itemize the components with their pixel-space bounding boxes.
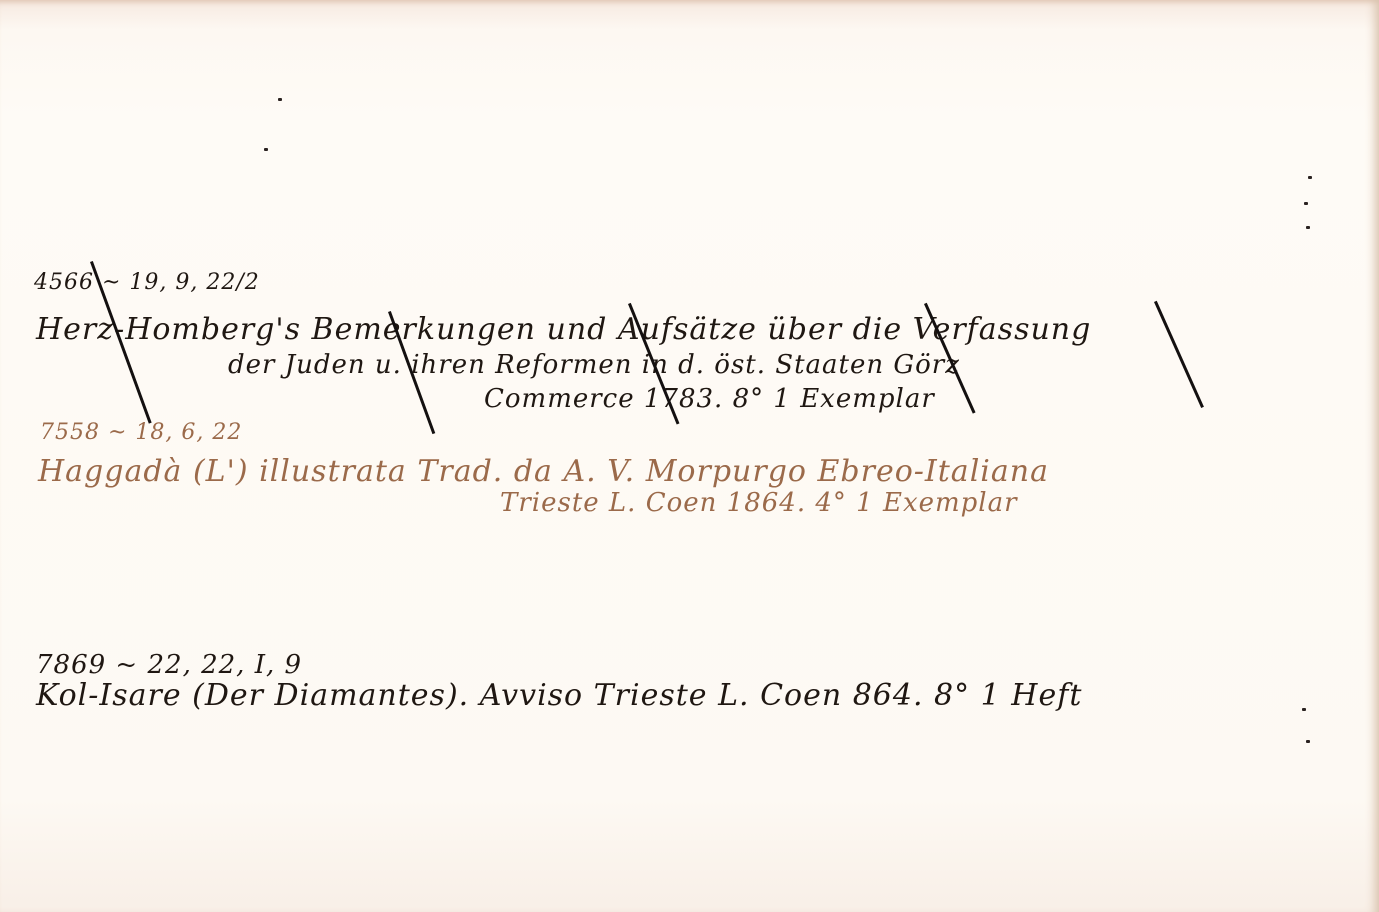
entry-2-shelfmark: 7558 ~ 18, 6, 22: [40, 420, 242, 445]
paper-speck: [1306, 740, 1310, 743]
crossout-stroke: [1154, 301, 1204, 408]
paper-speck: [278, 98, 282, 101]
entry-2-line-2: Trieste L. Coen 1864. 4° 1 Exemplar: [500, 488, 1018, 518]
paper-speck: [1304, 202, 1308, 205]
paper-speck: [1306, 226, 1310, 229]
entry-1-shelfmark: 4566 ~ 19, 9, 22/2: [34, 270, 260, 295]
entry-1-line-2: der Juden u. ihren Reformen in d. öst. S…: [228, 350, 960, 380]
entry-2-line-1: Haggadà (L') illustrata Trad. da A. V. M…: [38, 454, 1049, 489]
paper-speck: [264, 148, 268, 151]
paper-speck: [1302, 708, 1306, 711]
entry-3-shelfmark: 7869 ~ 22, 22, I, 9: [36, 650, 302, 680]
paper-speck: [1308, 176, 1312, 179]
entry-3-line-1: Kol-Isare (Der Diamantes). Avviso Triest…: [36, 678, 1082, 713]
catalog-card: 4566 ~ 19, 9, 22/2 Herz-Homberg's Bemerk…: [0, 0, 1379, 912]
entry-1-line-3: Commerce 1783. 8° 1 Exemplar: [484, 384, 935, 414]
